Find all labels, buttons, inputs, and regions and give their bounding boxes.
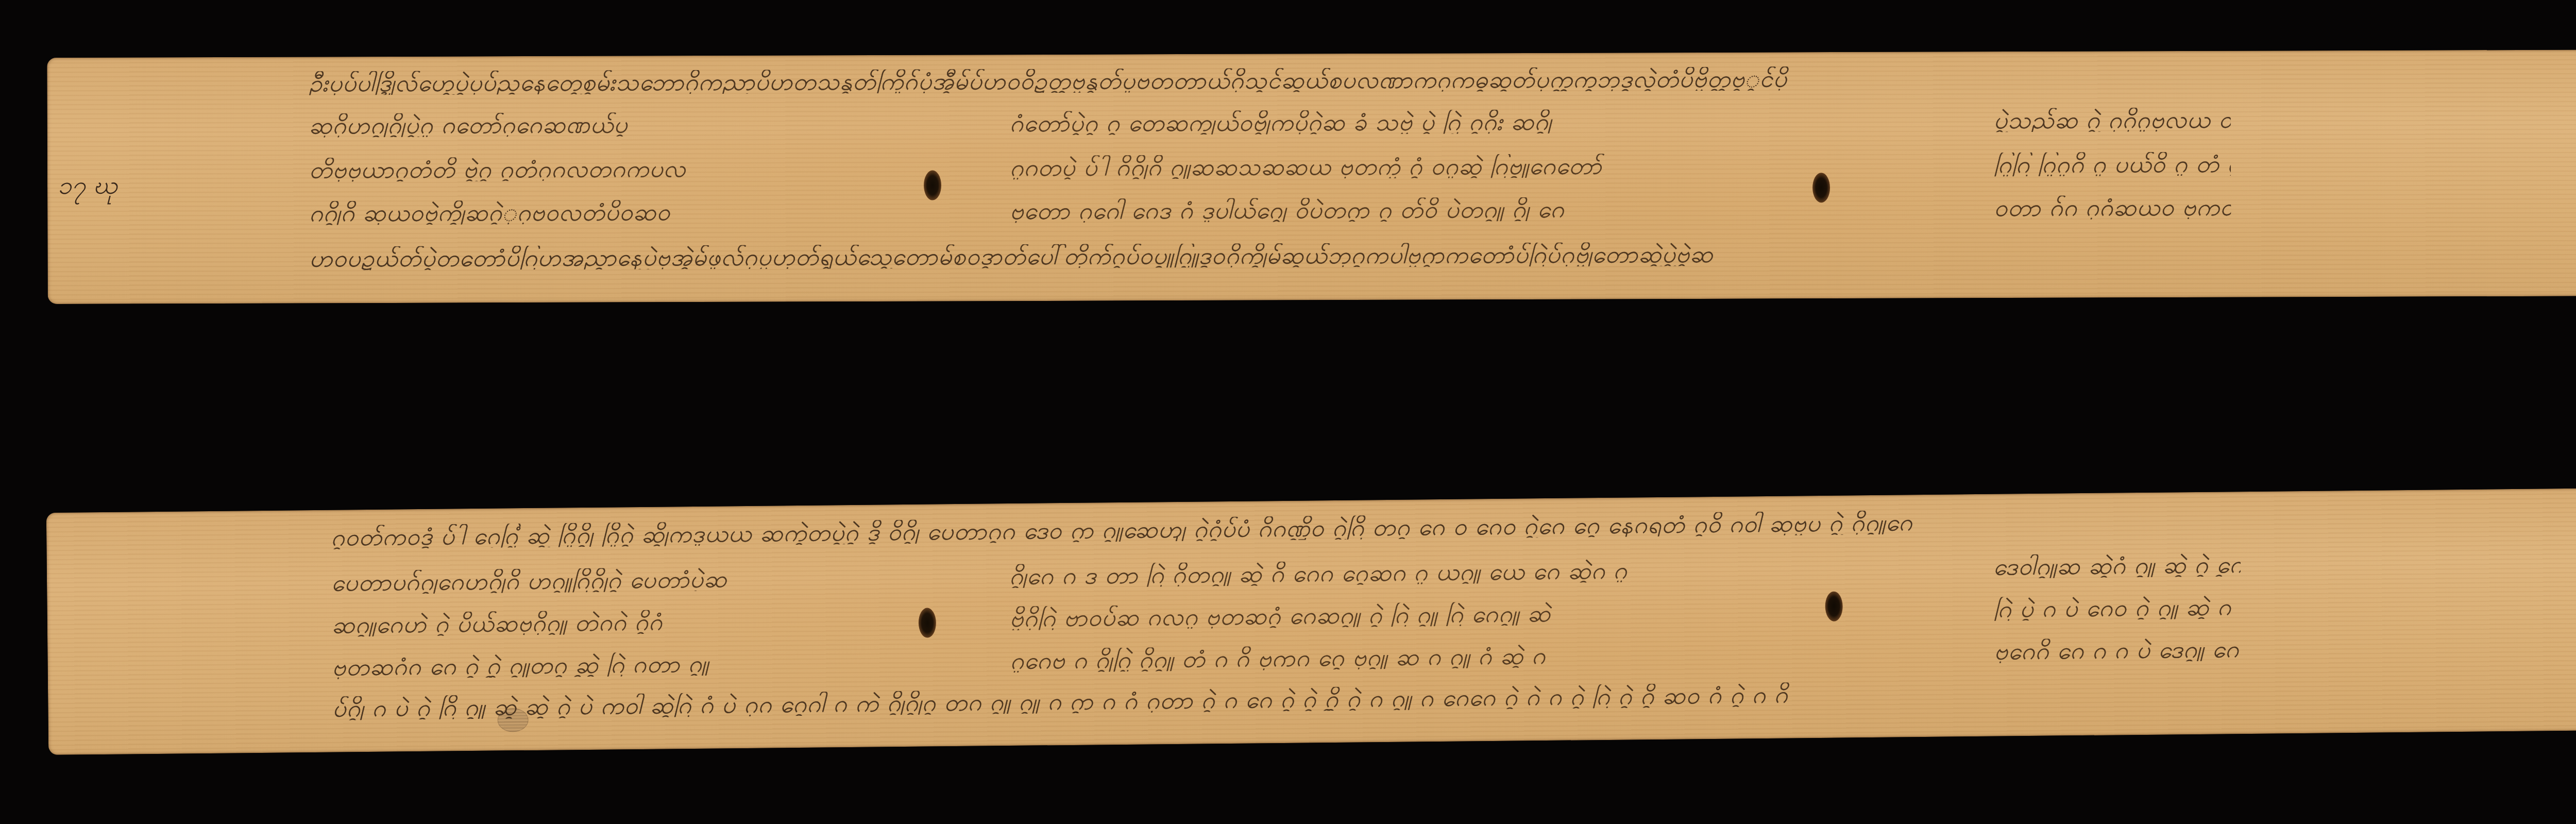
text-line-2-left: ဆုဂိုဟဂ္ဂုဂ္ဂိုပွဲ့ဂူ ဂတော်ဂုဂေဆဏယ်ပွ	[309, 112, 804, 137]
text-line-2-middle: ဂံတော်ပွဲဂွ ဂွ တေဆက္ဂုယ်ဝဗွိုကပိုဂွဲဆ ခံ…	[1010, 109, 1736, 135]
text-line-5: ပ်ဂ္ဂို ဂ ပဲ ဂွဲ ဂြိ ဂ္ဂူ ဆွဲ ဆွဲ ဂွဲ ပဲ…	[332, 678, 2239, 720]
text-line-3-right: ဂြုဂြ ဂြုဂူဂိ ဂူ ပယ်ဝိ ဂူ တံ ဂ္ဂူ ဂေ ဆွဲ…	[1994, 152, 2231, 176]
text-line-2-left: ပေတာပဂ်ဂ္ဂုဂေဟဂ္ဂိုဂိ ဟဂ္ဂူဂြိဂ္ဂိုဂွဲ ပ…	[331, 566, 826, 594]
palm-leaf-folio-top: ၁၇ ဃု ဦးပုပ်ပါဒ္ဒြိုလ်ဟွေ့ပွဲပုပ်ညွှနေတွ…	[47, 49, 2576, 304]
text-line-3-middle: ဂူဂတပွဲ ပ်ါ ဂိဂ္ဂိုဂိ ဂ္ဂူဆဆသဆဆယ ဗုတက္ဗံ…	[1010, 154, 1736, 179]
text-line-4-right: ဗုဂေဂိ ဂေ ဂ ဂ ပဲ ဒေဂ္ဂူ ဂေ ဂ္ဂူ ဂိ ဆွဲ ဂ…	[1994, 637, 2241, 663]
text-line-2-right: ဒေဝါဂ္ဂူဆ ဆွဲဂံ ဂ္ဂူ ဆွဲ ဂ္ဂွဲ ဂေ ဂံ ဝိဆ…	[1993, 552, 2241, 579]
binding-hole-right	[1812, 173, 1830, 203]
palm-leaf-folio-bottom: ဂ္ဂဝတ်ကဝဒ္ဒံ ပ်ါ ဂေ့ဂ္ဂြံ ဆွဲ့ ဂြိုဂ္ဂို…	[46, 487, 2576, 755]
text-line-4-left: ဗုတဆဂံဂ ဂေ ဂ္ဂွဲ ဂွဲ ဂ္ဂူတဂ္ဂွ ဆွဲ ဂြဲ ဂ…	[332, 650, 826, 679]
text-line-4-right: ဝတာ ဂ်ဂ ဂုဂံဆယဝ ဗုကဝဂွဂ ဗူတ္ဂူ ဆွဲ ဂြဲ	[1994, 195, 2231, 220]
text-line-5: ဟဝပဍွယ်တ်ပွဲတတောံပိဂြဟအည္ဂာနေ့ပဲ့ဗုအွှဲမ…	[309, 241, 2231, 271]
text-line-3-left: တိဗုဗုယာဂ္ဂတံတိ ဗွဲ့ဂွ ဂွတံဂုဂလတဂကပလ	[309, 156, 804, 181]
text-line-2-middle: ဂ္ဂိုဂေ ဂ ဒ တာ ဂြဲ ဂိုတဂ္ဂူ ဆွဲ ဂိ ဂေဂ ဂ…	[1009, 558, 1736, 588]
text-line-3-left: ဆဂ္ဂူဂေဟဲ ဂွဲ ပိယ်ဆဗုဂိုဂ္ဂူ တဲဂဂဲ ဂ္ဂိဂ…	[332, 608, 826, 636]
binding-hole-right	[1825, 592, 1843, 621]
folio-number-label: ၁၇ ဃု	[58, 170, 117, 206]
text-line-1: ဂ္ဂဝတ်ကဝဒ္ဒံ ပ်ါ ဂေ့ဂ္ဂြံ ဆွဲ့ ဂြိုဂ္ဂို…	[331, 507, 2237, 549]
text-line-1: ဦးပုပ်ပါဒ္ဒြိုလ်ဟွေ့ပွဲပုပ်ညွှနေတွေ့စွမ်…	[309, 65, 2230, 95]
binding-hole-left	[924, 171, 941, 200]
text-line-3-middle: ဗ္ဗိဂိုဂြဲ ဗာဝပ်ဆ ဂလဂူ ဗုတဆဂ္ဂံ ဂေဆဂ္ဂူ …	[1010, 600, 1736, 631]
text-line-4-middle: ဂူဂေဗ ဂ ဂ္ဂိုဂ္ဂြဲ ဂ္ဂိဂ္ဂူ တံ ဂ ဂိ ဗုဂာ…	[1010, 642, 1736, 673]
text-line-2-right: ပွဲ့သည်ဆ ဂွဲ့ ဂုဂိုဂူဗုလယ ဝဗွိုက ဂ်ပွဲ ဂ…	[1994, 108, 2231, 132]
binding-hole-left	[919, 608, 937, 637]
text-line-4-middle: ဗုတော ဂုဂေါ ဂေဒ ဂံ ဒူပါယ်ဂျွေ ဝိပဲတဂွှာ …	[1010, 197, 1736, 223]
text-line-4-left: ဂဂ္ဂိုဂိ ဆုယဝဗွဲက္ဂိုဆဂွဲုဂုဗဝလတံပိဝဆဝ	[309, 199, 804, 225]
text-line-3-right: ဂြဲ ပွဲ ဂ ပဲ ဂေဝ ဂွဲ ဂ္ဂူ ဆွဲ ဂ ဂ္ဂူ ပေတ…	[1993, 595, 2241, 621]
